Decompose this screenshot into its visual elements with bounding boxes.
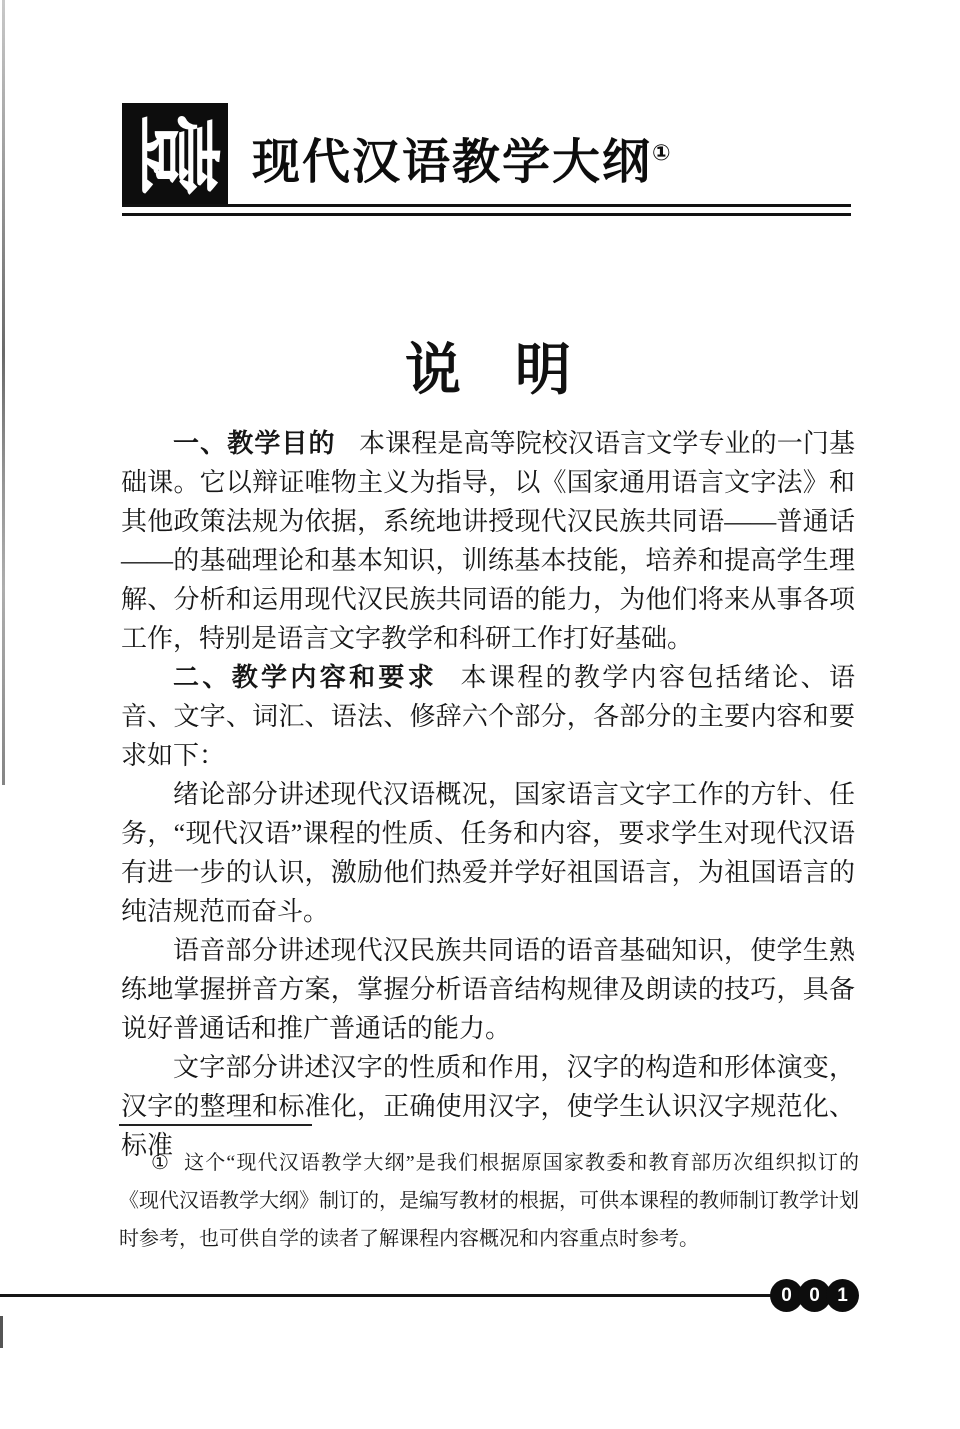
chapter-title-text: 现代汉语教学大纲 (252, 136, 652, 189)
footnote-paragraph: ①这个“现代汉语教学大纲”是我们根据原国家教委和教育部历次组织拟订的《现代汉语教… (119, 1144, 859, 1258)
paragraph-lead: 一、教学目的 (173, 428, 336, 458)
book-page: { "header": { "chapter_marker": "壹", "ti… (0, 0, 960, 1429)
footnote-divider (119, 1124, 312, 1126)
scan-edge-artifact (2, 0, 5, 785)
paragraph-introduction-part: 绪论部分讲述现代汉语概况，国家语言文字工作的方针、任务，“现代汉语”课程的性质、… (121, 775, 855, 931)
footer-rule (0, 1294, 786, 1297)
footnote: ①这个“现代汉语教学大纲”是我们根据原国家教委和教育部历次组织拟订的《现代汉语教… (119, 1144, 859, 1258)
scan-mark-artifact (0, 1316, 3, 1348)
page-number: 0 0 1 (770, 1279, 859, 1312)
header-double-rule (122, 204, 851, 216)
footnote-text: 这个“现代汉语教学大纲”是我们根据原国家教委和教育部历次组织拟订的《现代汉语教学… (119, 1152, 859, 1250)
section-title: 说 明 (120, 326, 856, 406)
paragraph-content-requirements: 二、教学内容和要求本课程的教学内容包括绪论、语音、文字、词汇、语法、修辞六个部分… (121, 658, 855, 775)
paragraph-phonetics-part: 语音部分讲述现代汉民族共同语的语音基础知识，使学生熟练地掌握拼音方案，掌握分析语… (121, 931, 855, 1048)
chapter-number-glyph: 壹 (133, 112, 217, 196)
chapter-number-box: 壹 (122, 103, 228, 206)
paragraph-text: 绪论部分讲述现代汉语概况，国家语言文字工作的方针、任务，“现代汉语”课程的性质、… (121, 780, 855, 926)
section-title-char-1: 说 (405, 326, 461, 406)
paragraph-lead: 二、教学内容和要求 (173, 662, 437, 692)
footnote-marker: ① (151, 1152, 170, 1174)
paragraph-text: 语音部分讲述现代汉民族共同语的语音基础知识，使学生熟练地掌握拼音方案，掌握分析语… (121, 936, 855, 1043)
paragraph-teaching-goal: 一、教学目的本课程是高等院校汉语言文学专业的一门基础课。它以辩证唯物主义为指导，… (121, 424, 855, 658)
body-text: 一、教学目的本课程是高等院校汉语言文学专业的一门基础课。它以辩证唯物主义为指导，… (121, 424, 855, 1165)
title-footnote-marker: ① (652, 140, 671, 165)
page-number-digit: 1 (826, 1279, 859, 1312)
paragraph-text: 本课程是高等院校汉语言文学专业的一门基础课。它以辩证唯物主义为指导，以《国家通用… (121, 429, 855, 653)
chapter-title: 现代汉语教学大纲① (252, 134, 671, 192)
section-title-char-2: 明 (515, 326, 571, 406)
